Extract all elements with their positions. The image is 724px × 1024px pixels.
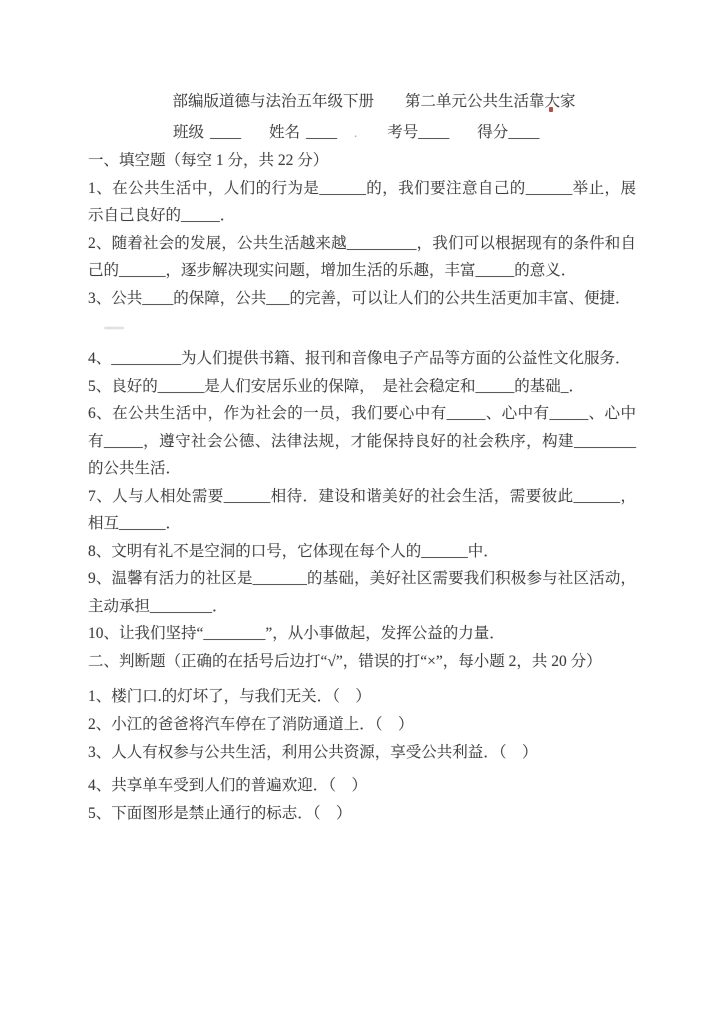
page-title: 部编版道德与法治五年级下册 第二单元公共生活靠大家 xyxy=(100,88,648,116)
scan-artifact-red-speck xyxy=(549,107,553,112)
field-class: 班级 ____ xyxy=(173,119,241,147)
judge-question-1: 1、楼门口.的灯坏了，与我们无关．（ ） xyxy=(88,683,636,711)
fill-blank-question-8: 8、文明有礼不是空洞的口号，它体现在每个人的______中． xyxy=(88,538,636,566)
field-exam-number: 考号 ____ xyxy=(387,119,449,147)
judge-question-4: 4、共享单车受到人们的普遍欢迎．（ ） xyxy=(88,772,636,800)
field-name-blank: ____ xyxy=(306,119,337,147)
student-info-row: 班级 ____ 姓名 ____ . 考号 ____ 得分 ____ xyxy=(173,119,636,147)
fill-blank-question-2: 2、随着社会的发展，公共生活越来越_________，我们可以根据现有的条件和自… xyxy=(88,230,636,285)
judge-question-2: 2、小江的爸爸将汽车停在了消防通道上．（ ） xyxy=(88,711,636,739)
field-score: 得分 ____ xyxy=(477,119,539,147)
fill-blank-question-5: 5、良好的______是人们安居乐业的保障， 是社会稳定和_____的基础_． xyxy=(88,373,636,401)
field-class-blank: ____ xyxy=(210,119,241,147)
field-score-label: 得分 xyxy=(477,119,508,147)
field-name: 姓名 ____ xyxy=(269,119,337,147)
field-name-label: 姓名 xyxy=(269,119,300,147)
scan-artifact-dash xyxy=(104,327,124,329)
section1-heading: 一、填空题（每空 1 分，共 22 分） xyxy=(88,147,636,175)
fill-blank-question-9: 9、温馨有活力的社区是_______的基础，美好社区需要我们积极参与社区活动，主… xyxy=(88,565,636,620)
field-class-label: 班级 xyxy=(173,119,204,147)
section2-heading: 二、判断题（正确的在括号后边打“√”，错误的打“×”，每小题 2，共 20 分） xyxy=(88,648,636,676)
fill-blank-question-6: 6、在公共生活中，作为社会的一员，我们要心中有_____、心中有_____、心中… xyxy=(88,400,636,483)
scan-stray-dot: . xyxy=(354,119,357,147)
judge-question-5: 5、下面图形是禁止通行的标志．（ ） xyxy=(88,800,636,828)
fill-blank-question-10: 10、让我们坚持“________”，从小事做起，发挥公益的力量． xyxy=(88,620,636,648)
fill-blank-question-3: 3、公共____的保障，公共___的完善，可以让人们的公共生活更加丰富、便捷． xyxy=(88,285,636,313)
worksheet-content: 部编版道德与法治五年级下册 第二单元公共生活靠大家 班级 ____ 姓名 ___… xyxy=(88,88,636,828)
worksheet-page: 部编版道德与法治五年级下册 第二单元公共生活靠大家 班级 ____ 姓名 ___… xyxy=(0,0,724,1024)
fill-blank-question-4: 4、_________为人们提供书籍、报刊和音像电子产品等方面的公益性文化服务． xyxy=(88,345,636,373)
judge-question-3: 3、人人有权参与公共生活，利用公共资源，享受公共利益．（ ） xyxy=(88,739,636,767)
field-exam-number-blank: ____ xyxy=(418,119,449,147)
field-exam-number-label: 考号 xyxy=(387,119,418,147)
fill-blank-question-7: 7、人与人相处需要______相待．建设和谐美好的社会生活，需要彼此______… xyxy=(88,483,636,538)
field-score-blank: ____ xyxy=(508,119,539,147)
fill-blank-question-1: 1、在公共生活中，人们的行为是______的，我们要注意自己的______举止，… xyxy=(88,175,636,230)
